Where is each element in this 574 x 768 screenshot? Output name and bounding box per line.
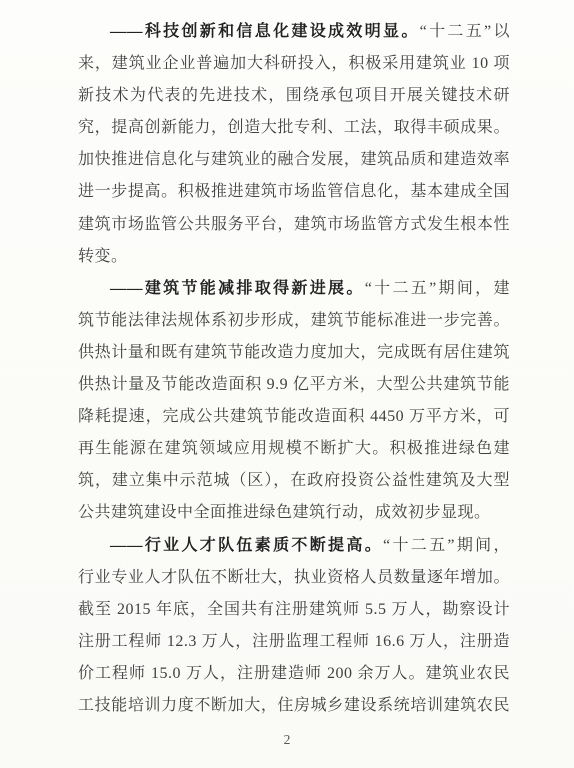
text-line: ——科技创新和信息化建设成效明显。“十二五”以 xyxy=(78,16,510,48)
text-line: ——行业人才队伍素质不断提高。“十二五”期间， xyxy=(78,530,510,562)
text-line: 截至 2015 年底，全国共有注册建筑师 5.5 万人，勘察设计 xyxy=(78,594,510,626)
text-line: 公共建筑建设中全面推进绿色建筑行动，成效初步显现。 xyxy=(78,497,510,529)
text-line: 来，建筑业企业普遍加大科研投入，积极采用建筑业 10 项 xyxy=(78,48,510,80)
text-line: 工技能培训力度不断加大，住房城乡建设系统培训建筑农民 xyxy=(78,690,510,722)
text-line: 加快推进信息化与建筑业的融合发展，建筑品质和建造效率 xyxy=(78,144,510,176)
paragraph-first-line-tail: “十二五”期间，建 xyxy=(365,280,510,297)
paragraph-heading: ——行业人才队伍素质不断提高。 xyxy=(110,537,383,554)
text-line: 降耗提速，完成公共建筑节能改造面积 4450 万平方米，可 xyxy=(78,401,510,433)
text-line: 新技术为代表的先进技术，围绕承包项目开展关键技术研 xyxy=(78,80,510,112)
page-number: 2 xyxy=(0,731,574,749)
paragraph-first-line-tail: “十二五”期间， xyxy=(383,537,510,554)
text-line: 转变。 xyxy=(78,241,510,273)
text-line: 价工程师 15.0 万人，注册建造师 200 余万人。建筑业农民 xyxy=(78,658,510,690)
text-line: 筑节能法律法规体系初步形成，建筑节能标准进一步完善。 xyxy=(78,305,510,337)
text-line: 建筑市场监管公共服务平台，建筑市场监管方式发生根本性 xyxy=(78,209,510,241)
text-line: 注册工程师 12.3 万人，注册监理工程师 16.6 万人，注册造 xyxy=(78,626,510,658)
text-line: 进一步提高。积极推进建筑市场监管信息化，基本建成全国 xyxy=(78,176,510,208)
text-line: 究，提高创新能力，创造大批专利、工法，取得丰硕成果。 xyxy=(78,112,510,144)
paragraph: ——建筑节能减排取得新进展。“十二五”期间，建 筑节能法律法规体系初步形成，建筑… xyxy=(78,273,510,530)
text-line: 再生能源在建筑领域应用规模不断扩大。积极推进绿色建 xyxy=(78,433,510,465)
text-line: 行业专业人才队伍不断壮大，执业资格人员数量逐年增加。 xyxy=(78,562,510,594)
text-line: 供热计量和既有建筑节能改造力度加大，完成既有居住建筑 xyxy=(78,337,510,369)
paragraph-heading: ——科技创新和信息化建设成效明显。 xyxy=(110,23,420,40)
text-line: 筑，建立集中示范城（区），在政府投资公益性建筑及大型 xyxy=(78,465,510,497)
document-page: ——科技创新和信息化建设成效明显。“十二五”以 来，建筑业企业普遍加大科研投入，… xyxy=(0,0,574,768)
paragraph: ——科技创新和信息化建设成效明显。“十二五”以 来，建筑业企业普遍加大科研投入，… xyxy=(78,16,510,273)
text-line: 供热计量及节能改造面积 9.9 亿平方米，大型公共建筑节能 xyxy=(78,369,510,401)
document-body: ——科技创新和信息化建设成效明显。“十二五”以 来，建筑业企业普遍加大科研投入，… xyxy=(78,16,510,722)
paragraph-first-line-tail: “十二五”以 xyxy=(420,23,510,40)
text-line: ——建筑节能减排取得新进展。“十二五”期间，建 xyxy=(78,273,510,305)
paragraph: ——行业人才队伍素质不断提高。“十二五”期间， 行业专业人才队伍不断壮大，执业资… xyxy=(78,530,510,723)
paragraph-heading: ——建筑节能减排取得新进展。 xyxy=(110,280,365,297)
